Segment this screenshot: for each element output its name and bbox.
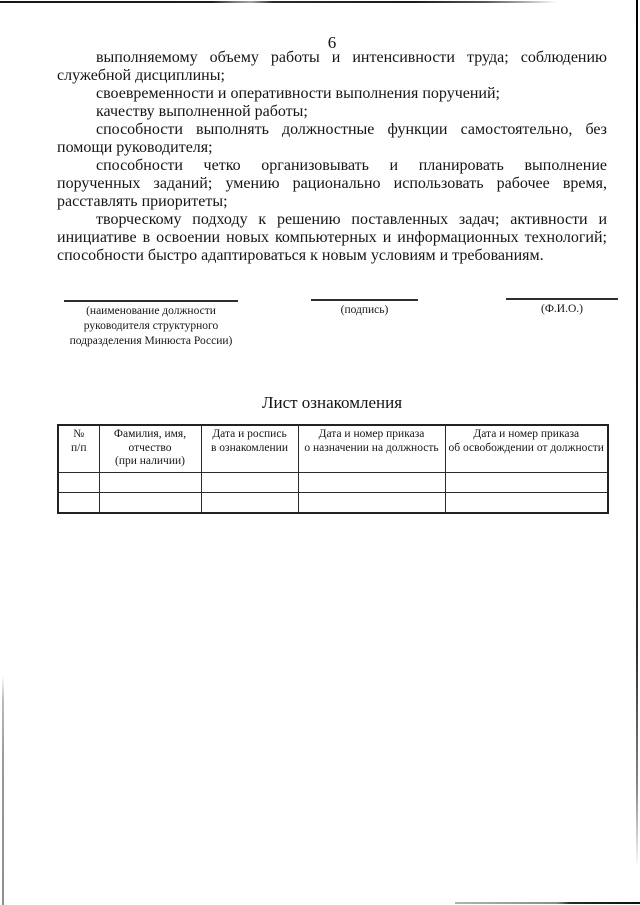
body-paragraph: способности четко организовывать и плани… [57,157,607,211]
table-header-number: № п/п [58,425,99,472]
table-row [58,492,608,513]
table-cell [445,492,608,513]
table-header-date-signature: Дата и роспись в ознакомлении [201,425,298,472]
table-cell [201,472,298,492]
table-cell [99,492,201,513]
signature-caption-position: (наименование должности руководителя стр… [64,304,238,349]
body-paragraph: способности выполнять должностные функци… [57,121,607,157]
signature-caption-name: (Ф.И.О.) [506,302,618,317]
body-paragraph: качеству выполненной работы; [57,103,607,121]
table-cell [298,492,445,513]
section-title: Лист ознакомления [57,393,607,413]
body-paragraph: выполняемому объему работы и интенсивнос… [57,49,607,85]
body-paragraph: творческому подходу к решению поставленн… [57,211,607,265]
table-cell [201,492,298,513]
body-text: выполняемому объему работы и интенсивнос… [57,49,607,265]
scan-edge-bottom-line [455,902,640,904]
table-header-appointment-order: Дата и номер приказа о назначении на дол… [298,425,445,472]
table-cell [58,492,99,513]
signature-line [506,298,618,300]
signature-line [311,299,418,301]
scan-edge-top-line [0,1,557,3]
signature-line [64,300,238,302]
table-row [58,472,608,492]
table-header-row: № п/п Фамилия, имя, отчество (при наличи… [58,425,608,472]
signature-caption-sign: (подпись) [311,303,418,318]
signature-field-name: (Ф.И.О.) [506,298,618,317]
table-cell [58,472,99,492]
acquaintance-table: № п/п Фамилия, имя, отчество (при наличи… [57,424,609,514]
table-cell [445,472,608,492]
scan-edge-right-line [636,0,638,868]
table-cell [99,472,201,492]
table-header-fullname: Фамилия, имя, отчество (при наличии) [99,425,201,472]
scan-edge-left-line [2,676,4,905]
body-paragraph: своевременности и оперативности выполнен… [57,85,607,103]
signature-field-position: (наименование должности руководителя стр… [64,300,238,349]
signature-field-sign: (подпись) [311,299,418,318]
table-cell [298,472,445,492]
document-page: 6 выполняемому объему работы и интенсивн… [0,0,640,905]
table-header-dismissal-order: Дата и номер приказа об освобождении от … [445,425,608,472]
